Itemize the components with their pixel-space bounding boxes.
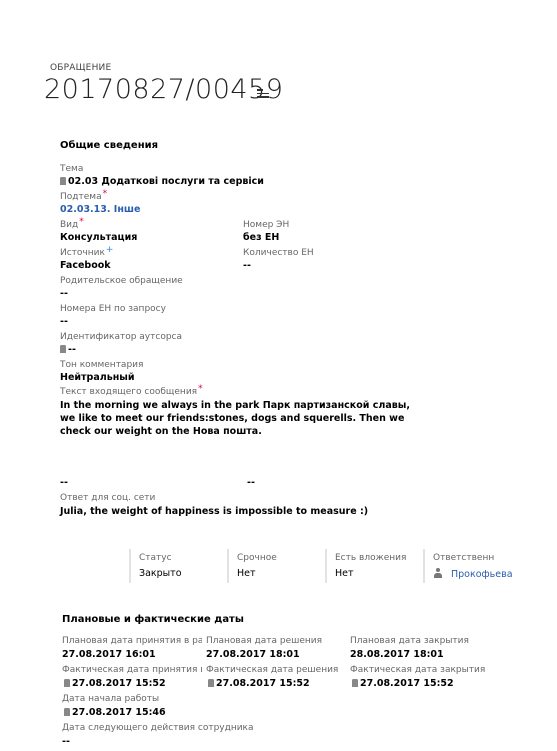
planned-start-field[interactable]: 27.08.2017 16:01	[62, 649, 156, 660]
en-numbers-request-field[interactable]: --	[60, 316, 68, 327]
record-id: 20170827/00459	[44, 74, 283, 105]
planned-start-label: Плановая дата принятия в работу	[62, 636, 202, 646]
incoming-message-label: Текст входящего сообщения*	[60, 387, 203, 397]
urgent-value: Нет	[237, 568, 325, 579]
incoming-message-field[interactable]: In the morning we always in the park Пар…	[60, 399, 420, 438]
menu-icon[interactable]	[257, 89, 269, 99]
lock-icon	[60, 345, 66, 353]
attachments-value: Нет	[335, 568, 423, 579]
topic-field: 02.03 Додаткові послуги та сервіси	[60, 176, 264, 187]
next-action-field[interactable]: --	[62, 736, 70, 747]
user-icon	[433, 568, 443, 578]
en-numbers-request-label: Номера ЕН по запросу	[60, 304, 166, 314]
comment-tone-label: Тон комментария	[60, 360, 143, 370]
urgent-label: Срочное	[237, 553, 325, 563]
status-cell: Статус Закрыто	[129, 549, 227, 583]
lock-icon	[352, 679, 358, 687]
required-marker: *	[79, 217, 84, 227]
planned-close-field[interactable]: 28.08.2017 18:01	[350, 649, 444, 660]
next-action-label: Дата следующего действия сотрудника	[62, 723, 254, 733]
social-reply-field[interactable]: Julia, the weight of happiness is imposs…	[60, 506, 368, 517]
work-start-label: Дата начала работы	[62, 694, 159, 704]
owner-link[interactable]: Прокофьева	[451, 569, 513, 580]
source-field[interactable]: Facebook	[60, 260, 111, 271]
urgent-cell: Срочное Нет	[227, 549, 325, 583]
type-label: Вид*	[60, 220, 84, 230]
planned-close-label: Плановая дата закрытия	[350, 636, 490, 646]
lock-icon	[208, 679, 214, 687]
section-title-general: Общие сведения	[60, 140, 158, 151]
owner-cell: Ответственн Прокофьева	[423, 549, 543, 583]
required-marker: *	[103, 189, 108, 199]
parent-case-label: Родительское обращение	[60, 276, 183, 286]
en-number-label: Номер ЭН	[243, 220, 289, 230]
empty-field-right[interactable]: --	[247, 477, 255, 488]
social-reply-label: Ответ для соц. сети	[60, 493, 155, 503]
en-number-field[interactable]: без ЕН	[243, 232, 279, 243]
en-count-label: Количество ЕН	[243, 248, 314, 258]
actual-close-field: 27.08.2017 15:52	[352, 678, 454, 689]
status-label: Статус	[139, 553, 227, 563]
outsource-id-field: --	[60, 344, 76, 355]
actual-resolution-label: Фактическая дата решения	[206, 665, 341, 675]
subtopic-label: Подтема*	[60, 192, 107, 202]
recommended-marker: +	[106, 245, 114, 255]
work-start-field: 27.08.2017 15:46	[64, 707, 166, 718]
empty-field-left[interactable]: --	[60, 477, 68, 488]
comment-tone-field[interactable]: Нейтральный	[60, 372, 135, 383]
lock-icon	[64, 708, 70, 716]
topic-label: Тема	[60, 164, 83, 174]
required-marker: *	[198, 384, 203, 394]
outsource-id-label: Идентификатор аутсорса	[60, 332, 182, 342]
lock-icon	[60, 177, 66, 185]
actual-close-label: Фактическая дата закрытия	[350, 665, 490, 675]
subtopic-link[interactable]: 02.03.13. Інше	[60, 204, 140, 215]
type-field[interactable]: Консультация	[60, 232, 137, 243]
entity-type-label: ОБРАЩЕНИЕ	[50, 63, 111, 73]
actual-resolution-field: 27.08.2017 15:52	[208, 678, 310, 689]
en-count-field[interactable]: --	[243, 260, 251, 271]
owner-label: Ответственн	[433, 553, 543, 563]
parent-case-field[interactable]: --	[60, 288, 68, 299]
planned-resolution-field[interactable]: 27.08.2017 18:01	[206, 649, 300, 660]
section-title-dates: Плановые и фактические даты	[62, 614, 244, 625]
status-value: Закрыто	[139, 568, 227, 579]
lock-icon	[64, 679, 70, 687]
actual-start-field: 27.08.2017 15:52	[64, 678, 166, 689]
attachments-cell: Есть вложения Нет	[325, 549, 423, 583]
actual-start-label: Фактическая дата принятия в работу	[62, 665, 202, 675]
attachments-label: Есть вложения	[335, 553, 423, 563]
planned-resolution-label: Плановая дата решения	[206, 636, 341, 646]
source-label: Источник+	[60, 248, 113, 258]
